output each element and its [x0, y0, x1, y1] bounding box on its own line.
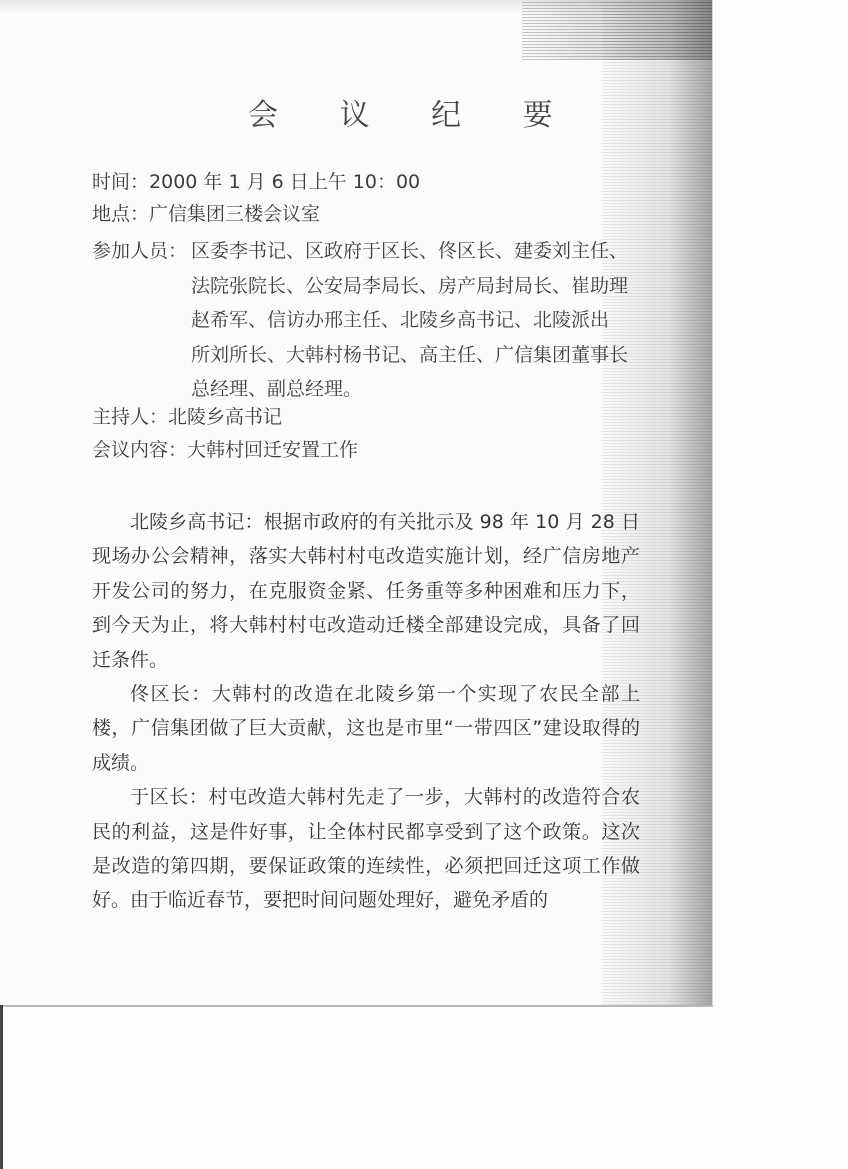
time-value: 2000 年 1 月 6 日上午 10：00: [149, 171, 420, 193]
attendees-line: 法院张院长、公安局李局长、房产局封局长、崔助理: [191, 269, 661, 304]
location-label: 地点：: [92, 203, 149, 225]
attendees-label: 参加人员：: [92, 234, 187, 269]
meeting-time: 时间：2000 年 1 月 6 日上午 10：00: [92, 166, 420, 198]
location-value: 广信集团三楼会议室: [149, 203, 320, 225]
paragraph-text: 根据市政府的有关批示及 98 年 10 月 28 日现场办公会精神，落实大韩村村…: [92, 511, 640, 671]
meeting-content: 会议内容：大韩村回迁安置工作: [92, 434, 358, 466]
minutes-paragraph: 佟区长：大韩村的改造在北陵乡第一个实现了农民全部上楼，广信集团做了巨大贡献，这也…: [92, 677, 640, 780]
meeting-minutes-body: 北陵乡高书记：根据市政府的有关批示及 98 年 10 月 28 日现场办公会精神…: [92, 505, 640, 918]
attendees-line: 区委李书记、区政府于区长、佟区长、建委刘主任、: [191, 234, 661, 269]
scan-noise-top-right: [522, 0, 712, 60]
content-value: 大韩村回迁安置工作: [187, 439, 358, 461]
host-value: 北陵乡高书记: [168, 406, 282, 428]
speaker-name: 北陵乡高书记：: [130, 511, 264, 533]
attendees-list: 区委李书记、区政府于区长、佟区长、建委刘主任、 法院张院长、公安局李局长、房产局…: [191, 234, 661, 407]
minutes-paragraph: 于区长：村屯改造大韩村先走了一步，大韩村的改造符合农民的利益，这是件好事，让全体…: [92, 780, 640, 918]
attendees-line: 所刘所长、大韩村杨书记、高主任、广信集团董事长: [191, 338, 661, 373]
meeting-location: 地点：广信集团三楼会议室: [92, 198, 320, 230]
minutes-paragraph: 北陵乡高书记：根据市政府的有关批示及 98 年 10 月 28 日现场办公会精神…: [92, 505, 640, 677]
document-title: 会 议 纪 要: [248, 90, 579, 134]
speaker-name: 佟区长：: [130, 683, 212, 705]
scanner-bed-edge: [0, 1005, 3, 1169]
host-label: 主持人：: [92, 406, 168, 428]
time-label: 时间：: [92, 171, 149, 193]
attendees-line: 赵希军、信访办邢主任、北陵乡高书记、北陵派出: [191, 303, 661, 338]
content-label: 会议内容：: [92, 439, 187, 461]
speaker-name: 于区长：: [130, 786, 209, 808]
meeting-host: 主持人：北陵乡高书记: [92, 401, 282, 433]
scanned-page: 会 议 纪 要 时间：2000 年 1 月 6 日上午 10：00 地点：广信集…: [0, 0, 713, 1007]
